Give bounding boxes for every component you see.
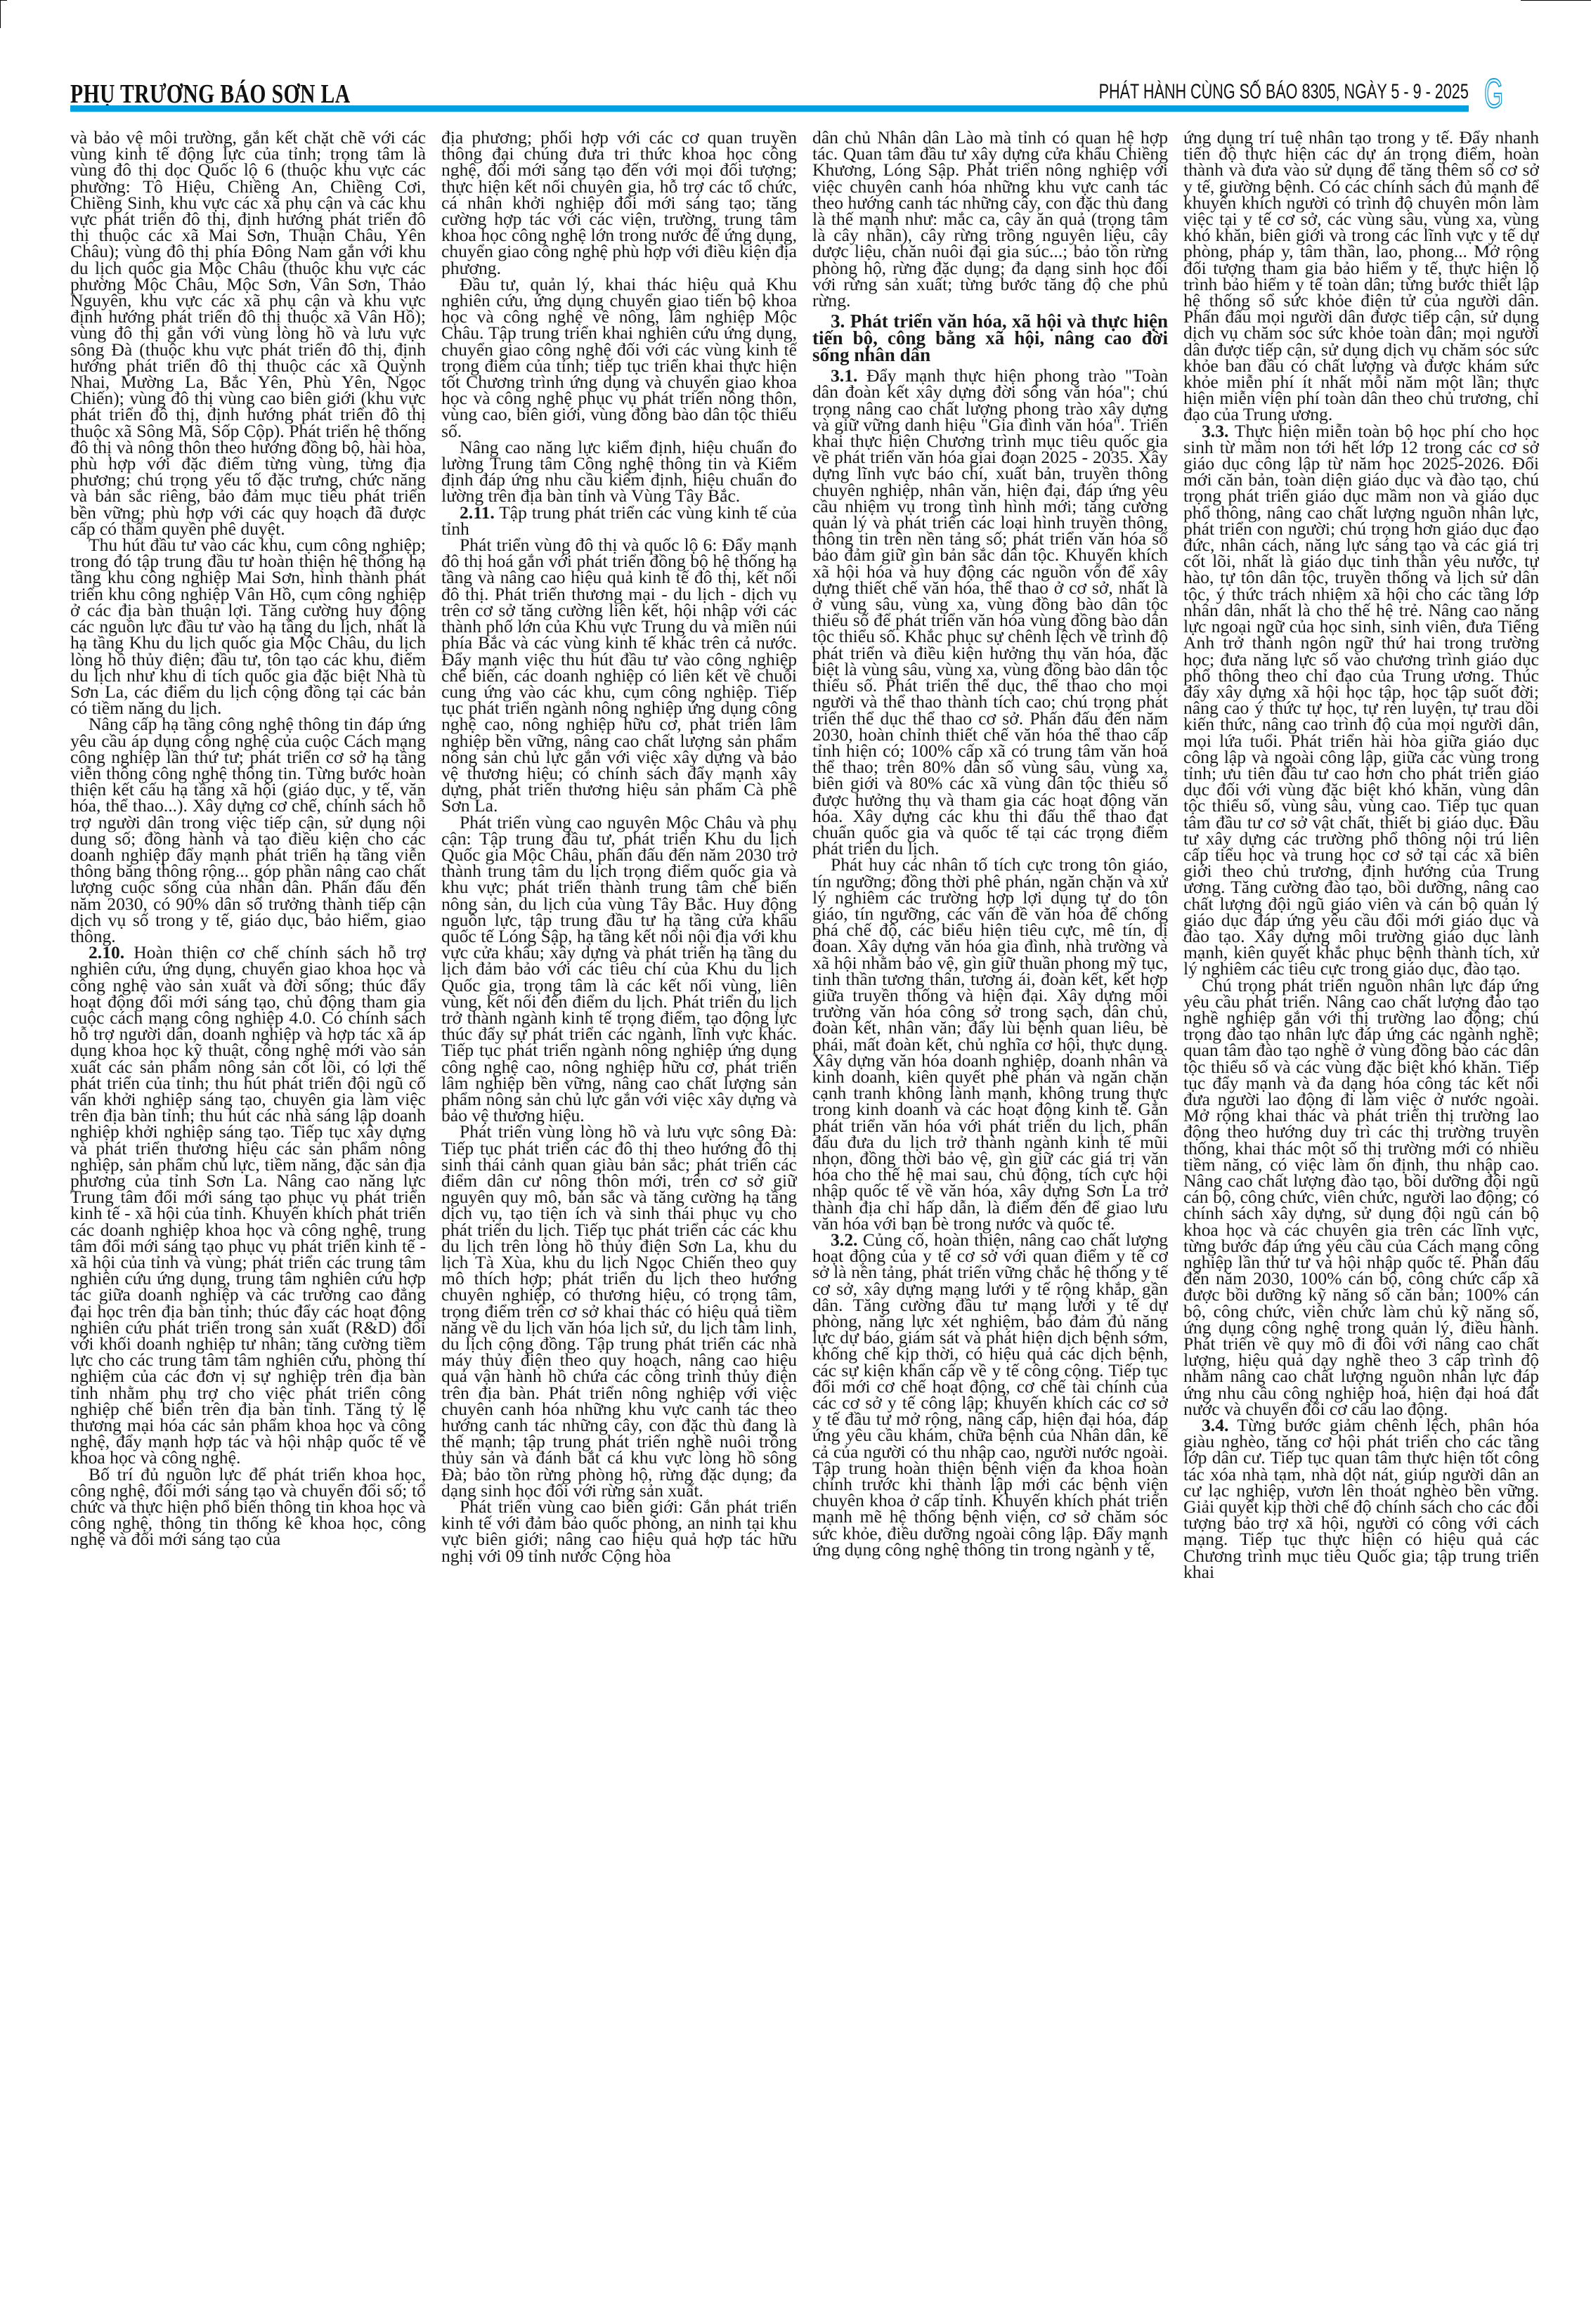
- column-4: ứng dụng trí tuệ nhân tạo trong y tế. Đẩ…: [1183, 129, 1539, 2279]
- paragraph: địa phương; phối hợp với các cơ quan tru…: [441, 129, 797, 276]
- paragraph: Nâng cấp hạ tầng công nghệ thông tin đáp…: [70, 716, 426, 944]
- paragraph-text: Phát triển vùng lòng hồ và lưu vực sông …: [441, 1121, 797, 1500]
- paragraph: Thu hút đầu tư vào các khu, cụm công ngh…: [70, 537, 426, 716]
- paragraph: Chú trọng phát triển nguồn nhân lực đáp …: [1183, 977, 1539, 1417]
- paragraph: 3.1. Đẩy mạnh thực hiện phong trào "Toàn…: [812, 367, 1168, 856]
- page-letter: G: [1484, 70, 1503, 117]
- paragraph-text: Củng cố, hoàn thiện, nâng cao chất lượng…: [812, 1229, 1168, 1560]
- paragraph: Đầu tư, quản lý, khai thác hiệu quả Khu …: [441, 276, 797, 439]
- paragraph-text: địa phương; phối hợp với các cơ quan tru…: [441, 129, 797, 278]
- paragraph-text: Phát triển vùng cao biên giới: Gắn phát …: [441, 1496, 797, 1566]
- paragraph: Phát triển vùng đô thị và quốc lộ 6: Đẩy…: [441, 537, 797, 814]
- header-rule: [70, 105, 1469, 112]
- column-2: địa phương; phối hợp với các cơ quan tru…: [441, 129, 797, 2279]
- paragraph-text: dân chủ Nhân dân Lào mà tỉnh có quan hệ …: [812, 129, 1168, 311]
- paragraph: Nâng cao năng lực kiểm định, hiệu chuẩn …: [441, 439, 797, 504]
- paragraph: Phát triển vùng lòng hồ và lưu vực sông …: [441, 1123, 797, 1499]
- paragraph: Phát huy các nhân tố tích cực trong tôn …: [812, 856, 1168, 1232]
- paragraph: 3.4. Từng bước giảm chênh lệch, phân hóa…: [1183, 1417, 1539, 1580]
- section-heading: 3. Phát triển văn hóa, xã hội và thực hi…: [812, 313, 1168, 363]
- column-1: và bảo vệ môi trường, gắn kết chặt chẽ v…: [70, 129, 426, 2279]
- issue-info: PHÁT HÀNH CÙNG SỐ BÁO 8305, NGÀY 5 - 9 -…: [1099, 80, 1469, 104]
- crop-mark-top-left-v: [0, 0, 1, 28]
- crop-mark-top-right: [1521, 0, 1591, 1]
- paragraph-text: Nâng cấp hạ tầng công nghệ thông tin đáp…: [70, 714, 426, 946]
- paragraph-text: Từng bước giảm chênh lệch, phân hóa giàu…: [1183, 1415, 1539, 1582]
- paragraph-text: Thu hút đầu tư vào các khu, cụm công ngh…: [70, 535, 426, 718]
- paragraph-text: Nâng cao năng lực kiểm định, hiệu chuẩn …: [441, 437, 797, 507]
- paragraph: Phát triển vùng cao biên giới: Gắn phát …: [441, 1499, 797, 1564]
- paragraph: Bố trí đủ nguồn lực để phát triển khoa h…: [70, 1466, 426, 1548]
- paragraph: và bảo vệ môi trường, gắn kết chặt chẽ v…: [70, 129, 426, 537]
- paragraph-text: Phát triển vùng cao nguyên Mộc Châu và p…: [441, 812, 797, 1126]
- paragraph-text: Đẩy mạnh thực hiện phong trào "Toàn dân …: [812, 365, 1168, 859]
- paragraph: 3.2. Củng cố, hoàn thiện, nâng cao chất …: [812, 1232, 1168, 1558]
- paragraph-text: Phát triển vùng đô thị và quốc lộ 6: Đẩy…: [441, 535, 797, 816]
- article-body: và bảo vệ môi trường, gắn kết chặt chẽ v…: [70, 129, 1539, 2279]
- paragraph-text: Hoàn thiện cơ chế chính sách hỗ trợ nghi…: [70, 942, 426, 1468]
- paragraph-text: Tập trung phát triển các vùng kinh tế củ…: [441, 502, 797, 539]
- paragraph-text: Thực hiện miễn toàn bộ học phí cho học s…: [1183, 421, 1539, 979]
- paragraph-text: Đầu tư, quản lý, khai thác hiệu quả Khu …: [441, 274, 797, 441]
- crop-mark-top-left-h: [0, 0, 7, 1]
- paragraph: dân chủ Nhân dân Lào mà tỉnh có quan hệ …: [812, 129, 1168, 308]
- paragraph-text: Chú trọng phát triển nguồn nhân lực đáp …: [1183, 975, 1539, 1419]
- paragraph: ứng dụng trí tuệ nhân tạo trong y tế. Đẩ…: [1183, 129, 1539, 423]
- paragraph-text: Bố trí đủ nguồn lực để phát triển khoa h…: [70, 1464, 426, 1550]
- paragraph-text: và bảo vệ môi trường, gắn kết chặt chẽ v…: [70, 129, 426, 539]
- paragraph: Phát triển vùng cao nguyên Mộc Châu và p…: [441, 814, 797, 1124]
- paragraph: 2.10. Hoàn thiện cơ chế chính sách hỗ tr…: [70, 944, 426, 1466]
- paragraph: 3.3. Thực hiện miễn toàn bộ học phí cho …: [1183, 423, 1539, 977]
- column-3: dân chủ Nhân dân Lào mà tỉnh có quan hệ …: [812, 129, 1168, 2279]
- paragraph-text: Phát huy các nhân tố tích cực trong tôn …: [812, 854, 1168, 1233]
- paragraph-text: ứng dụng trí tuệ nhân tạo trong y tế. Đẩ…: [1183, 129, 1539, 424]
- paragraph: 2.11. Tập trung phát triển các vùng kinh…: [441, 504, 797, 537]
